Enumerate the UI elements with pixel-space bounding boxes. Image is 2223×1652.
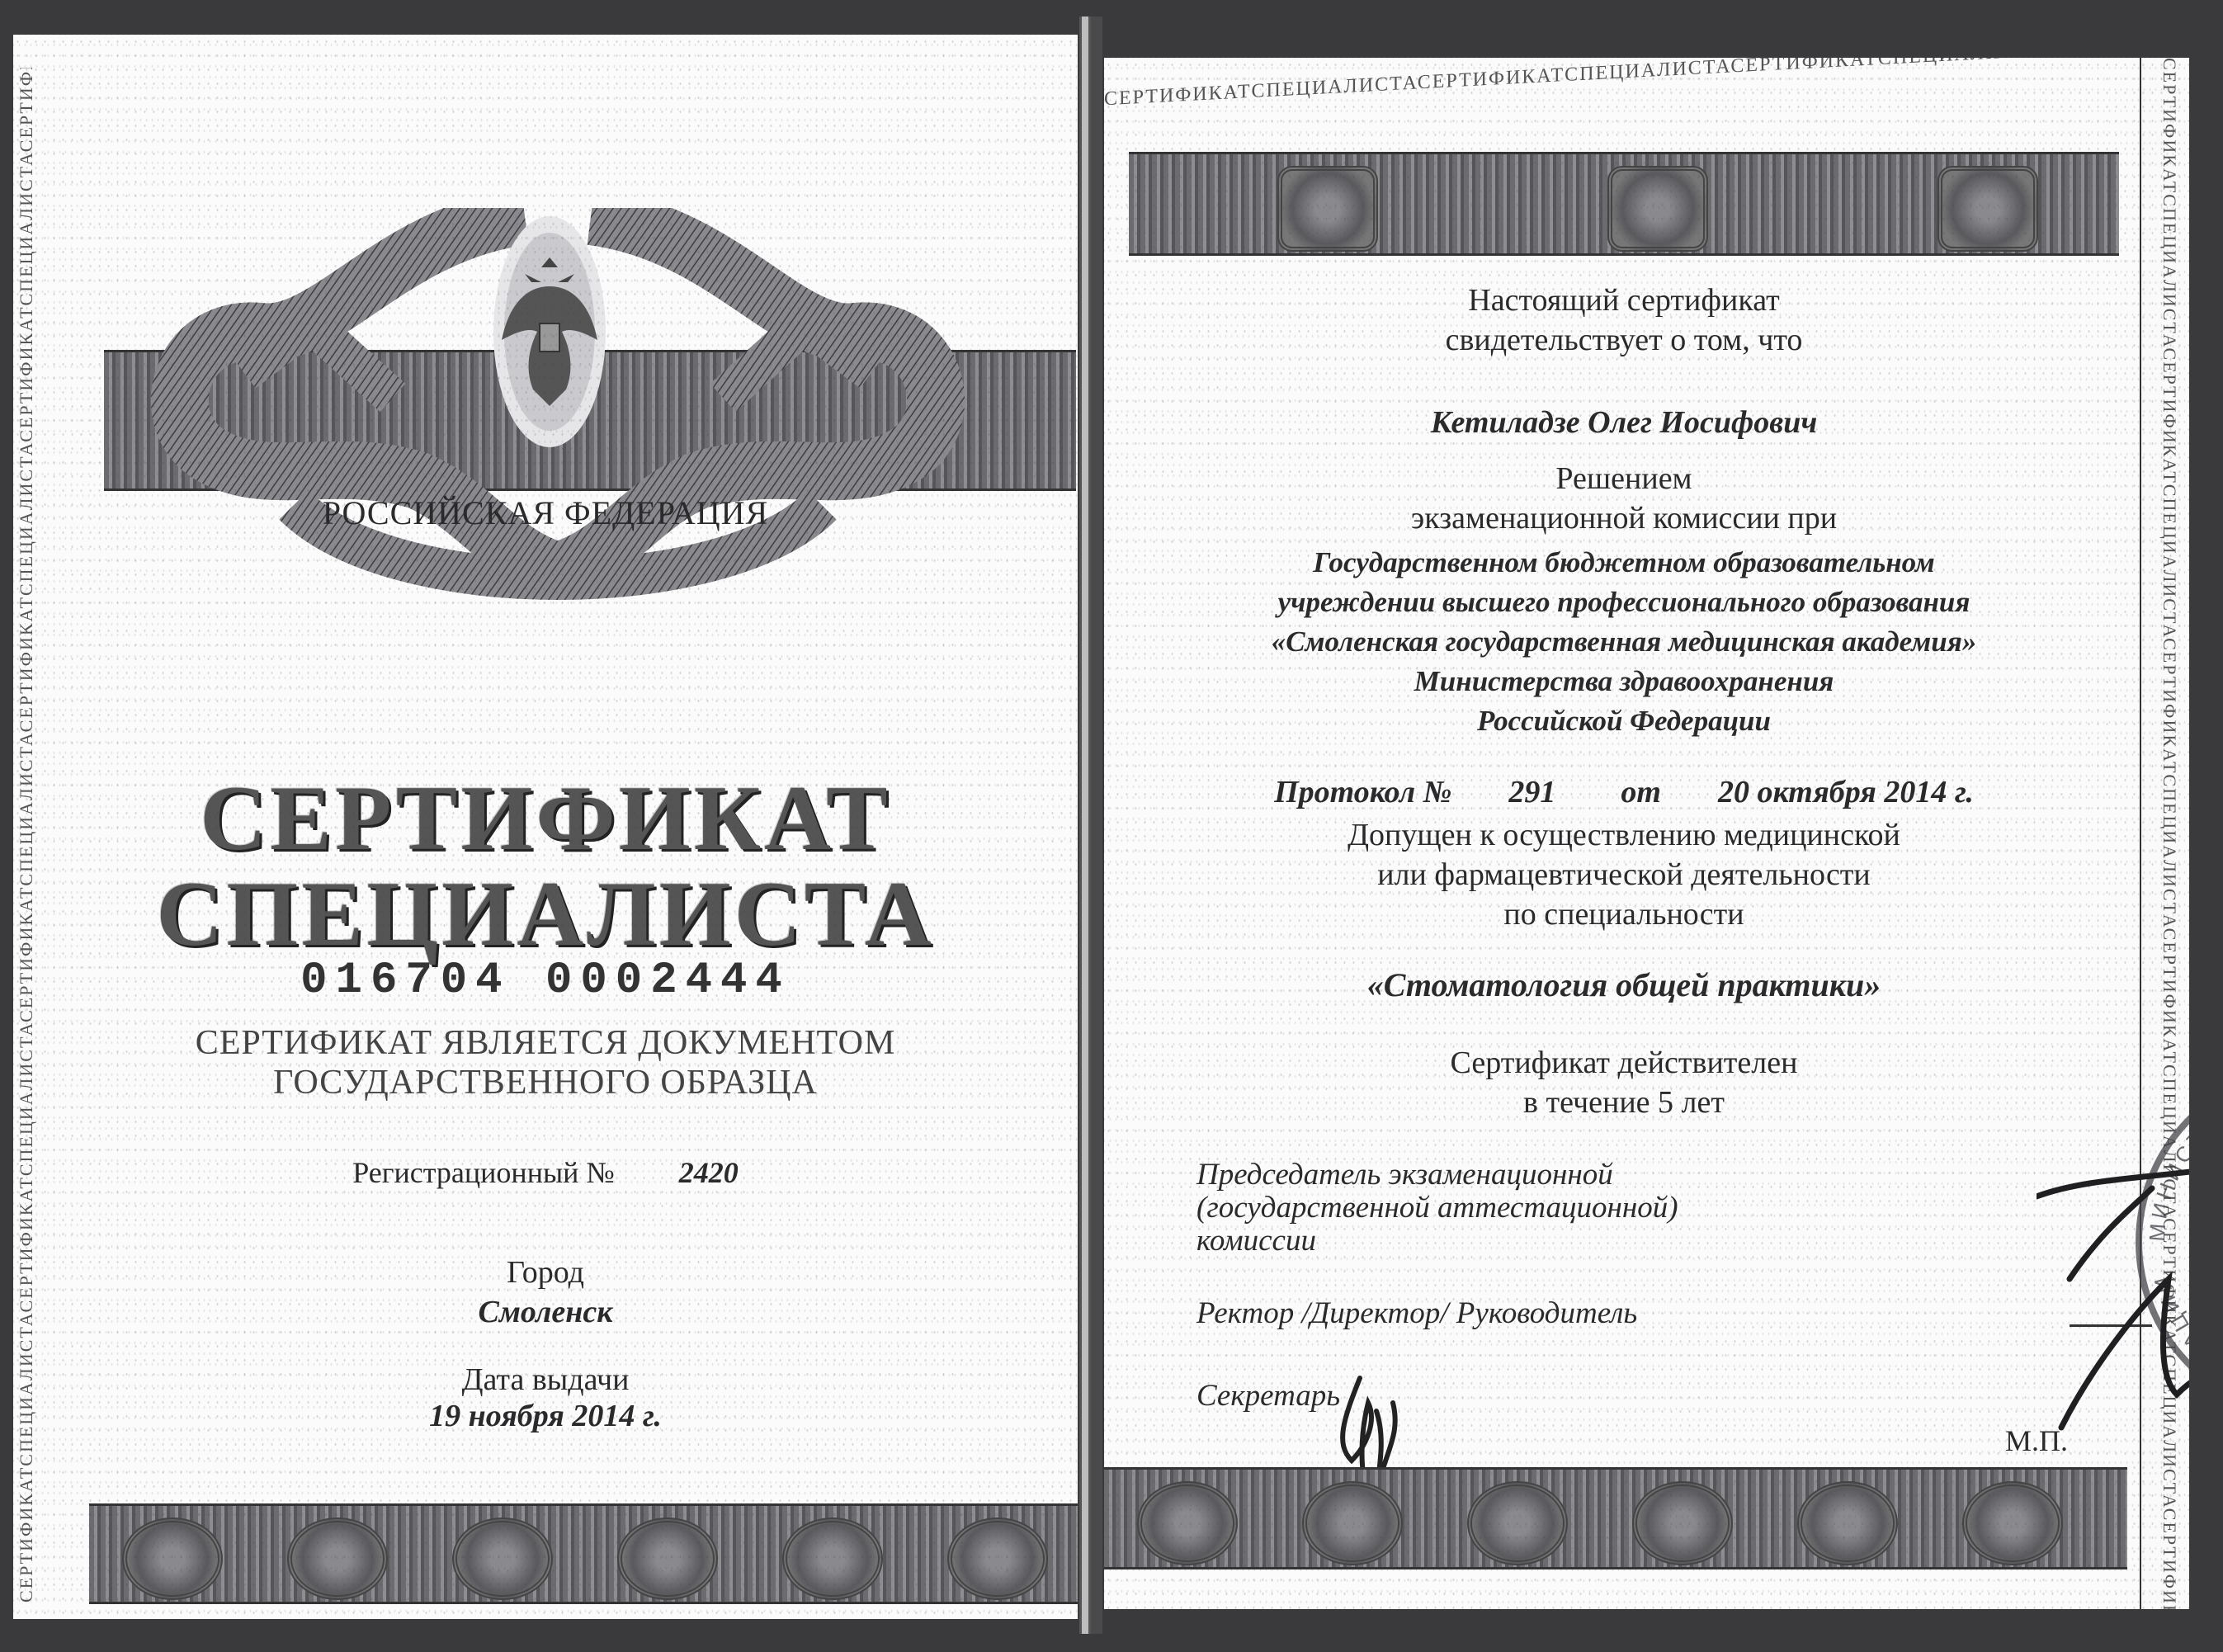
city-value: Смоленск	[13, 1294, 1078, 1330]
institution-line: Государственном бюджетном образовательно…	[1129, 546, 2119, 579]
institution-line: Российской Федерации	[1129, 705, 2119, 738]
protocol-number: 291	[1508, 775, 1555, 809]
book-spine	[1079, 17, 1091, 1634]
specialty: «Стоматология общей практики»	[1129, 965, 2119, 1004]
validity-line2: в течение 5 лет	[1129, 1084, 2119, 1121]
validity-line1: Сертификат действителен	[1129, 1045, 2119, 1081]
serial-number: 016704 0002444	[13, 956, 1078, 1006]
left-page: СЕРТИФИКАТСПЕЦИАЛИСТАСЕРТИФИКАТСПЕЦИАЛИС…	[13, 35, 1078, 1619]
rector-signature-label: Ректор /Директор/ Руководитель	[1196, 1296, 1637, 1331]
issue-date-value: 19 ноября 2014 г.	[13, 1398, 1078, 1434]
guilloche-band-bottom	[1104, 1467, 2127, 1569]
protocol-from: от	[1621, 775, 1661, 809]
institution-line: «Смоленская государственная медицинская …	[1129, 625, 2119, 658]
holder-name: Кетиладзе Олег Иосифович	[1129, 404, 2119, 441]
admission-line3: по специальности	[1129, 896, 2119, 932]
guilloche-band-bottom	[89, 1503, 1078, 1604]
chair-line3: комиссии	[1196, 1225, 1678, 1258]
institution-line: Министерства здравоохранения	[1129, 665, 2119, 698]
issue-date-label: Дата выдачи	[13, 1362, 1078, 1398]
certificate-title-line2: СПЕЦИАЛИСТА	[13, 868, 1078, 961]
intro-line2: свидетельствует о том, что	[1129, 322, 2119, 358]
russian-coat-of-arms-icon	[492, 208, 607, 447]
registration-number: 2420	[679, 1156, 739, 1189]
chair-signature-label: Председатель экзаменационной (государств…	[1196, 1159, 1678, 1258]
rector-signature-icon	[2037, 1130, 2189, 1461]
certificate-title-line1: СЕРТИФИКАТ	[13, 772, 1078, 865]
decision-line2: экзаменационной комиссии при	[1129, 500, 2119, 536]
protocol-row: Протокол № 291 от 20 октября 2014 г.	[1129, 774, 2119, 810]
document-status-line2: ГОСУДАРСТВЕННОГО ОБРАЗЦА	[13, 1063, 1078, 1102]
decision-line1: Решением	[1129, 460, 2119, 497]
right-page: СЕРТИФИКАТСПЕЦИАЛИСТАСЕРТИФИКАТСПЕЦИАЛИС…	[1104, 58, 2189, 1609]
city-label: Город	[13, 1254, 1078, 1291]
registration-label: Регистрационный №	[352, 1156, 615, 1189]
institution-line: учреждении высшего профессионального обр…	[1129, 586, 2119, 619]
secretary-signature-label: Секретарь	[1196, 1378, 1340, 1414]
admission-line2: или фармацевтической деятельности	[1129, 857, 2119, 893]
protocol-date: 20 октября 2014 г.	[1718, 775, 1974, 809]
chair-line1: Председатель экзаменационной	[1196, 1159, 1678, 1192]
book-spine-shadow	[1091, 17, 1102, 1634]
document-status-line1: СЕРТИФИКАТ ЯВЛЯЕТСЯ ДОКУМЕНТОМ	[13, 1023, 1078, 1063]
admission-line1: Допущен к осуществлению медицинской	[1129, 817, 2119, 853]
protocol-label: Протокол №	[1274, 775, 1451, 809]
seal-placement-label: М.П.	[2005, 1423, 2068, 1458]
country-name: РОССИЙСКАЯ ФЕДЕРАЦИЯ	[13, 493, 1078, 532]
chair-line2: (государственной аттестационной)	[1196, 1192, 1678, 1225]
intro-line1: Настоящий сертификат	[1129, 282, 2119, 319]
registration-row: Регистрационный № 2420	[13, 1155, 1078, 1190]
